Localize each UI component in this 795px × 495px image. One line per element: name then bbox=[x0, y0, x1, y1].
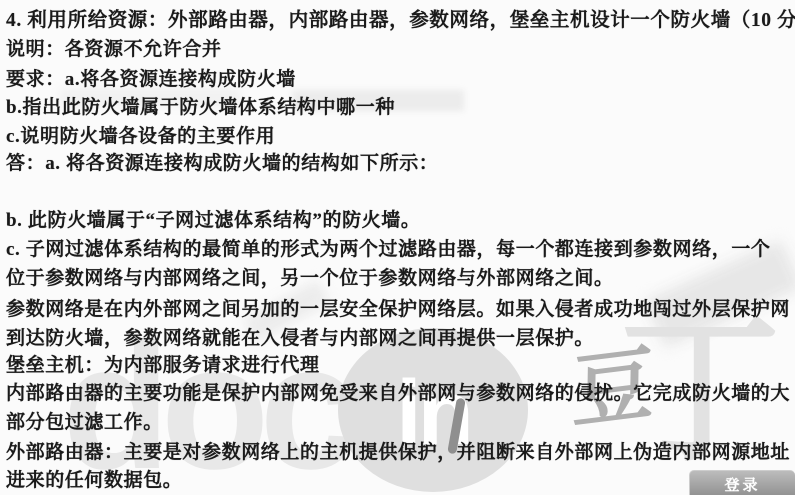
text-line-answer-c1: c. 子网过滤体系结构的最简单的形式为两个过滤路由器，每一个都连接到参数网络，一… bbox=[6, 234, 771, 261]
login-button[interactable]: 登录 bbox=[689, 470, 795, 495]
text-line-bastion-host: 堡垒主机：为内部服务请求进行代理 bbox=[6, 350, 320, 377]
text-line-internal-router-1: 内部路由器的主要功能是保护内部网免受来自外部网与参数网络的侵扰。它完成防火墙的大 bbox=[6, 378, 790, 405]
text-line-internal-router-2: 部分包过滤工作。 bbox=[6, 407, 163, 434]
text-line-requirement-b: b.指出此防火墙属于防火墙体系结构中哪一种 bbox=[6, 92, 395, 119]
text-line-note: 说明：各资源不允许合并 bbox=[6, 34, 222, 61]
text-line-requirement-a: 要求：a.将各资源连接构成防火墙 bbox=[6, 64, 296, 91]
text-line-param-net-1: 参数网络是在内外部网之间另加的一层安全保护网络层。如果入侵者成功地闯过外层保护网 bbox=[6, 294, 790, 321]
text-line-question-header: 4. 利用所给资源：外部路由器，内部路由器，参数网络，堡垒主机设计一个防火墙（1… bbox=[6, 4, 795, 32]
docin-watermark-logo-circle: in bbox=[338, 328, 528, 492]
login-button-label: 登录 bbox=[724, 474, 760, 495]
text-line-external-router-2: 进来的任何数据包。 bbox=[6, 465, 182, 492]
text-line-external-router-1: 外部路由器：主要是对参数网络上的主机提供保护，并阻断来自外部网上伪造内部网源地址 bbox=[6, 437, 790, 464]
text-line-answer-a: 答：a. 将各资源连接构成防火墙的结构如下所示： bbox=[6, 148, 438, 175]
text-line-answer-c2: 位于参数网络与内部网络之间，另一个位于参数网络与外部网络之间。 bbox=[6, 263, 614, 290]
text-line-requirement-c: c.说明防火墙各设备的主要作用 bbox=[6, 121, 275, 148]
text-line-param-net-2: 到达防火墙，参数网络就能在入侵者与内部网之间再提供一层保护。 bbox=[6, 323, 594, 350]
document-page: doc in 豆 丁 4. 利用所给资源：外部路由器，内部路由器，参数网络，堡垒… bbox=[0, 0, 795, 495]
text-line-answer-b: b. 此防火墙属于“子网过滤体系结构”的防火墙。 bbox=[6, 205, 420, 232]
